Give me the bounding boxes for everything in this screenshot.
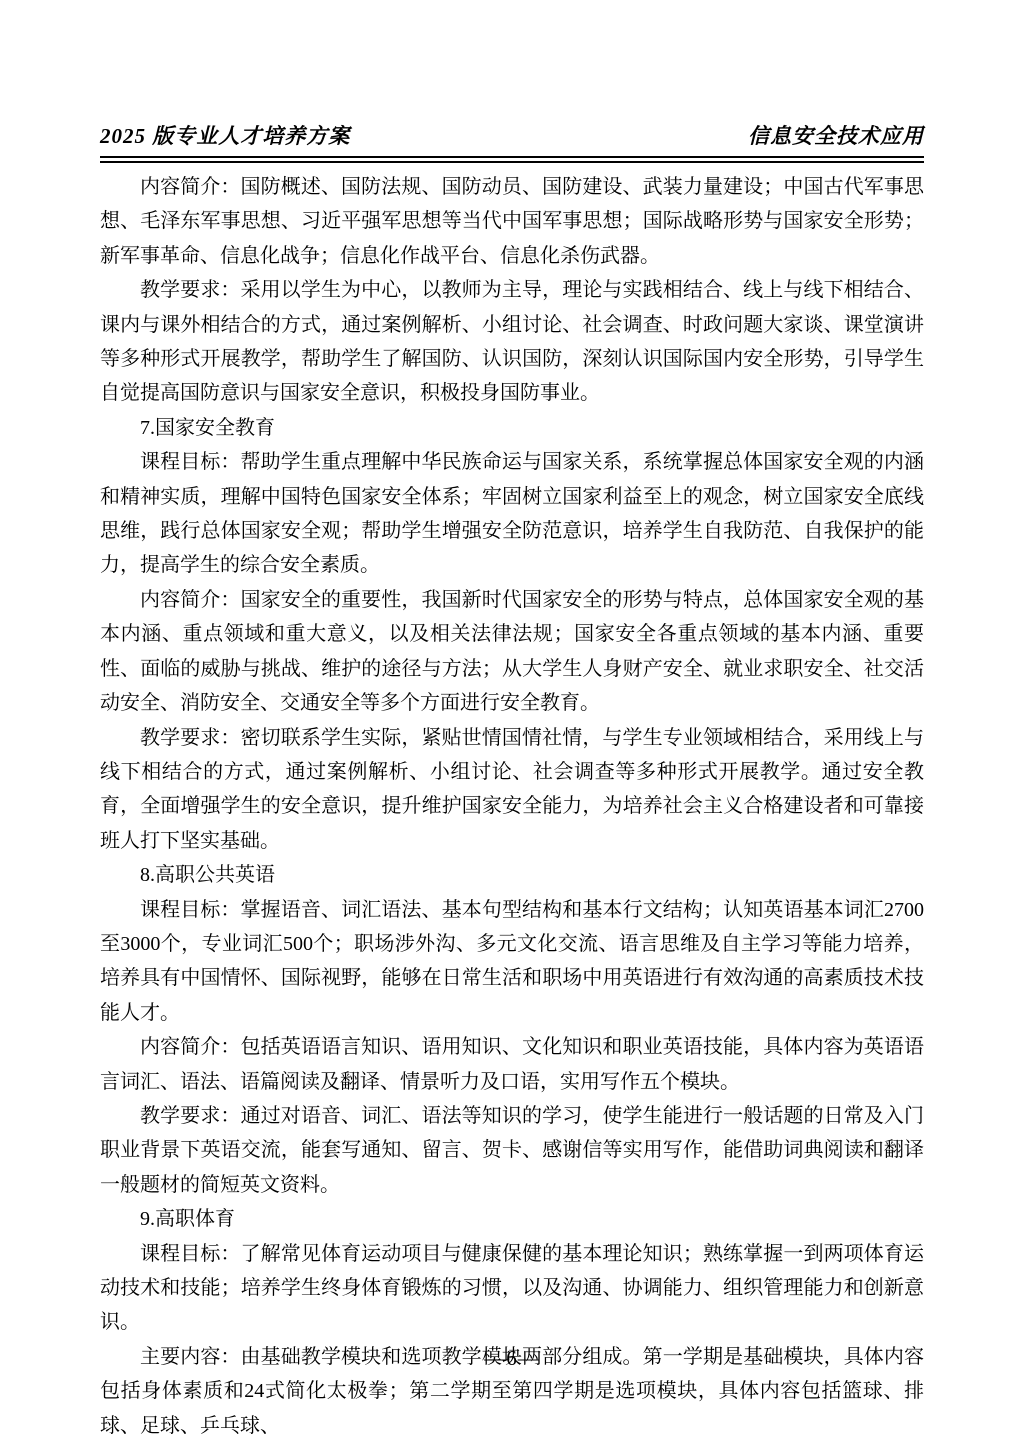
header-right-title: 信息安全技术应用 xyxy=(748,120,924,150)
header-left-title: 2025 版专业人才培养方案 xyxy=(100,120,350,150)
document-page: 2025 版专业人才培养方案 信息安全技术应用 内容简介：国防概述、国防法规、国… xyxy=(0,0,1024,1448)
body-paragraph: 内容简介：包括英语语言知识、语用知识、文化知识和职业英语技能，具体内容为英语语言… xyxy=(100,1030,924,1099)
page-number: —6— xyxy=(484,1346,540,1370)
body-paragraph: 教学要求：通过对语音、词汇、语法等知识的学习，使学生能进行一般话题的日常及入门职… xyxy=(100,1099,924,1202)
page-footer: —6— xyxy=(0,1346,1024,1371)
section-heading: 8.高职公共英语 xyxy=(100,858,924,892)
body-paragraph: 课程目标：掌握语音、词汇语法、基本句型结构和基本行文结构；认知英语基本词汇270… xyxy=(100,893,924,1031)
body-paragraph: 内容简介：国家安全的重要性，我国新时代国家安全的形势与特点，总体国家安全观的基本… xyxy=(100,583,924,721)
document-body: 内容简介：国防概述、国防法规、国防动员、国防建设、武装力量建设；中国古代军事思想… xyxy=(100,170,924,1443)
body-paragraph: 内容简介：国防概述、国防法规、国防动员、国防建设、武装力量建设；中国古代军事思想… xyxy=(100,170,924,273)
body-paragraph: 教学要求：密切联系学生实际，紧贴世情国情社情，与学生专业领域相结合，采用线上与线… xyxy=(100,721,924,859)
body-paragraph: 课程目标：了解常见体育运动项目与健康保健的基本理论知识；熟练掌握一到两项体育运动… xyxy=(100,1237,924,1340)
body-paragraph: 教学要求：采用以学生为中心，以教师为主导，理论与实践相结合、线上与线下相结合、课… xyxy=(100,273,924,411)
page-header: 2025 版专业人才培养方案 信息安全技术应用 xyxy=(100,120,924,150)
body-paragraph: 课程目标：帮助学生重点理解中华民族命运与国家关系，系统掌握总体国家安全观的内涵和… xyxy=(100,445,924,583)
section-heading: 7.国家安全教育 xyxy=(100,411,924,445)
section-heading: 9.高职体育 xyxy=(100,1202,924,1236)
header-double-rule xyxy=(100,156,924,163)
